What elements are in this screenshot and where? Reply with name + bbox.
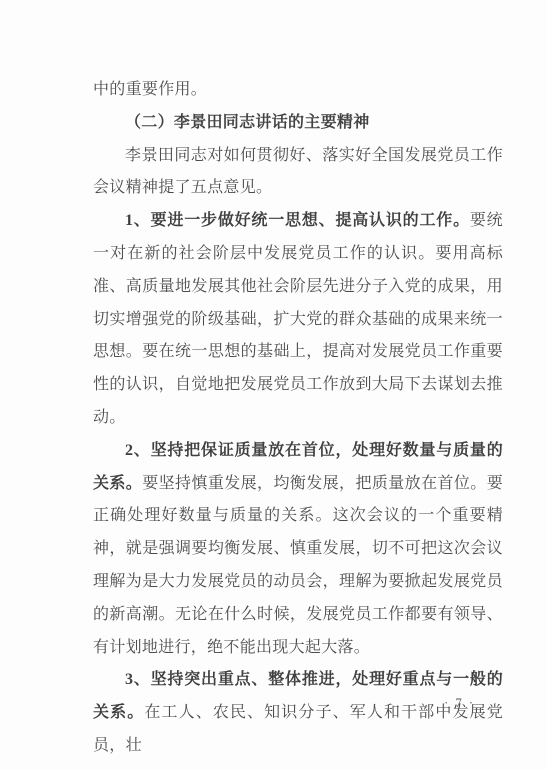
- section-heading: （二）李景田同志讲话的主要精神: [93, 107, 503, 140]
- paragraph-continuation: 中的重要作用。: [93, 74, 503, 107]
- point-2-body: 要坚持慎重发展，均衡发展，把质量放在首位。要正确处理好数量与质量的关系。这次会议…: [93, 475, 503, 656]
- document-body: 中的重要作用。 （二）李景田同志讲话的主要精神 李景田同志对如何贯彻好、落实好全…: [93, 74, 503, 763]
- point-1-body: 要统一对在新的社会阶层中发展党员工作的认识。要用高标准、高质量地发展其他社会阶层…: [93, 212, 503, 426]
- paragraph-intro: 李景田同志对如何贯彻好、落实好全国发展党员工作会议精神提了五点意见。: [93, 140, 503, 206]
- paragraph-point-1: 1、要进一步做好统一思想、提高认识的工作。要统一对在新的社会阶层中发展党员工作的…: [93, 205, 503, 435]
- point-3-body: 在工人、农民、知识分子、军人和干部中发展党员，壮: [93, 704, 503, 754]
- paragraph-point-2: 2、坚持把保证质量放在首位，处理好数量与质量的关系。要坚持慎重发展，均衡发展，把…: [93, 435, 503, 665]
- page-number: · 7 ·: [444, 696, 475, 711]
- paragraph-point-3: 3、坚持突出重点、整体推进，处理好重点与一般的关系。在工人、农民、知识分子、军人…: [93, 664, 503, 762]
- scanned-document-page: 中的重要作用。 （二）李景田同志讲话的主要精神 李景田同志对如何贯彻好、落实好全…: [0, 0, 547, 770]
- point-1-lead: 1、要进一步做好统一思想、提高认识的工作。: [125, 212, 470, 229]
